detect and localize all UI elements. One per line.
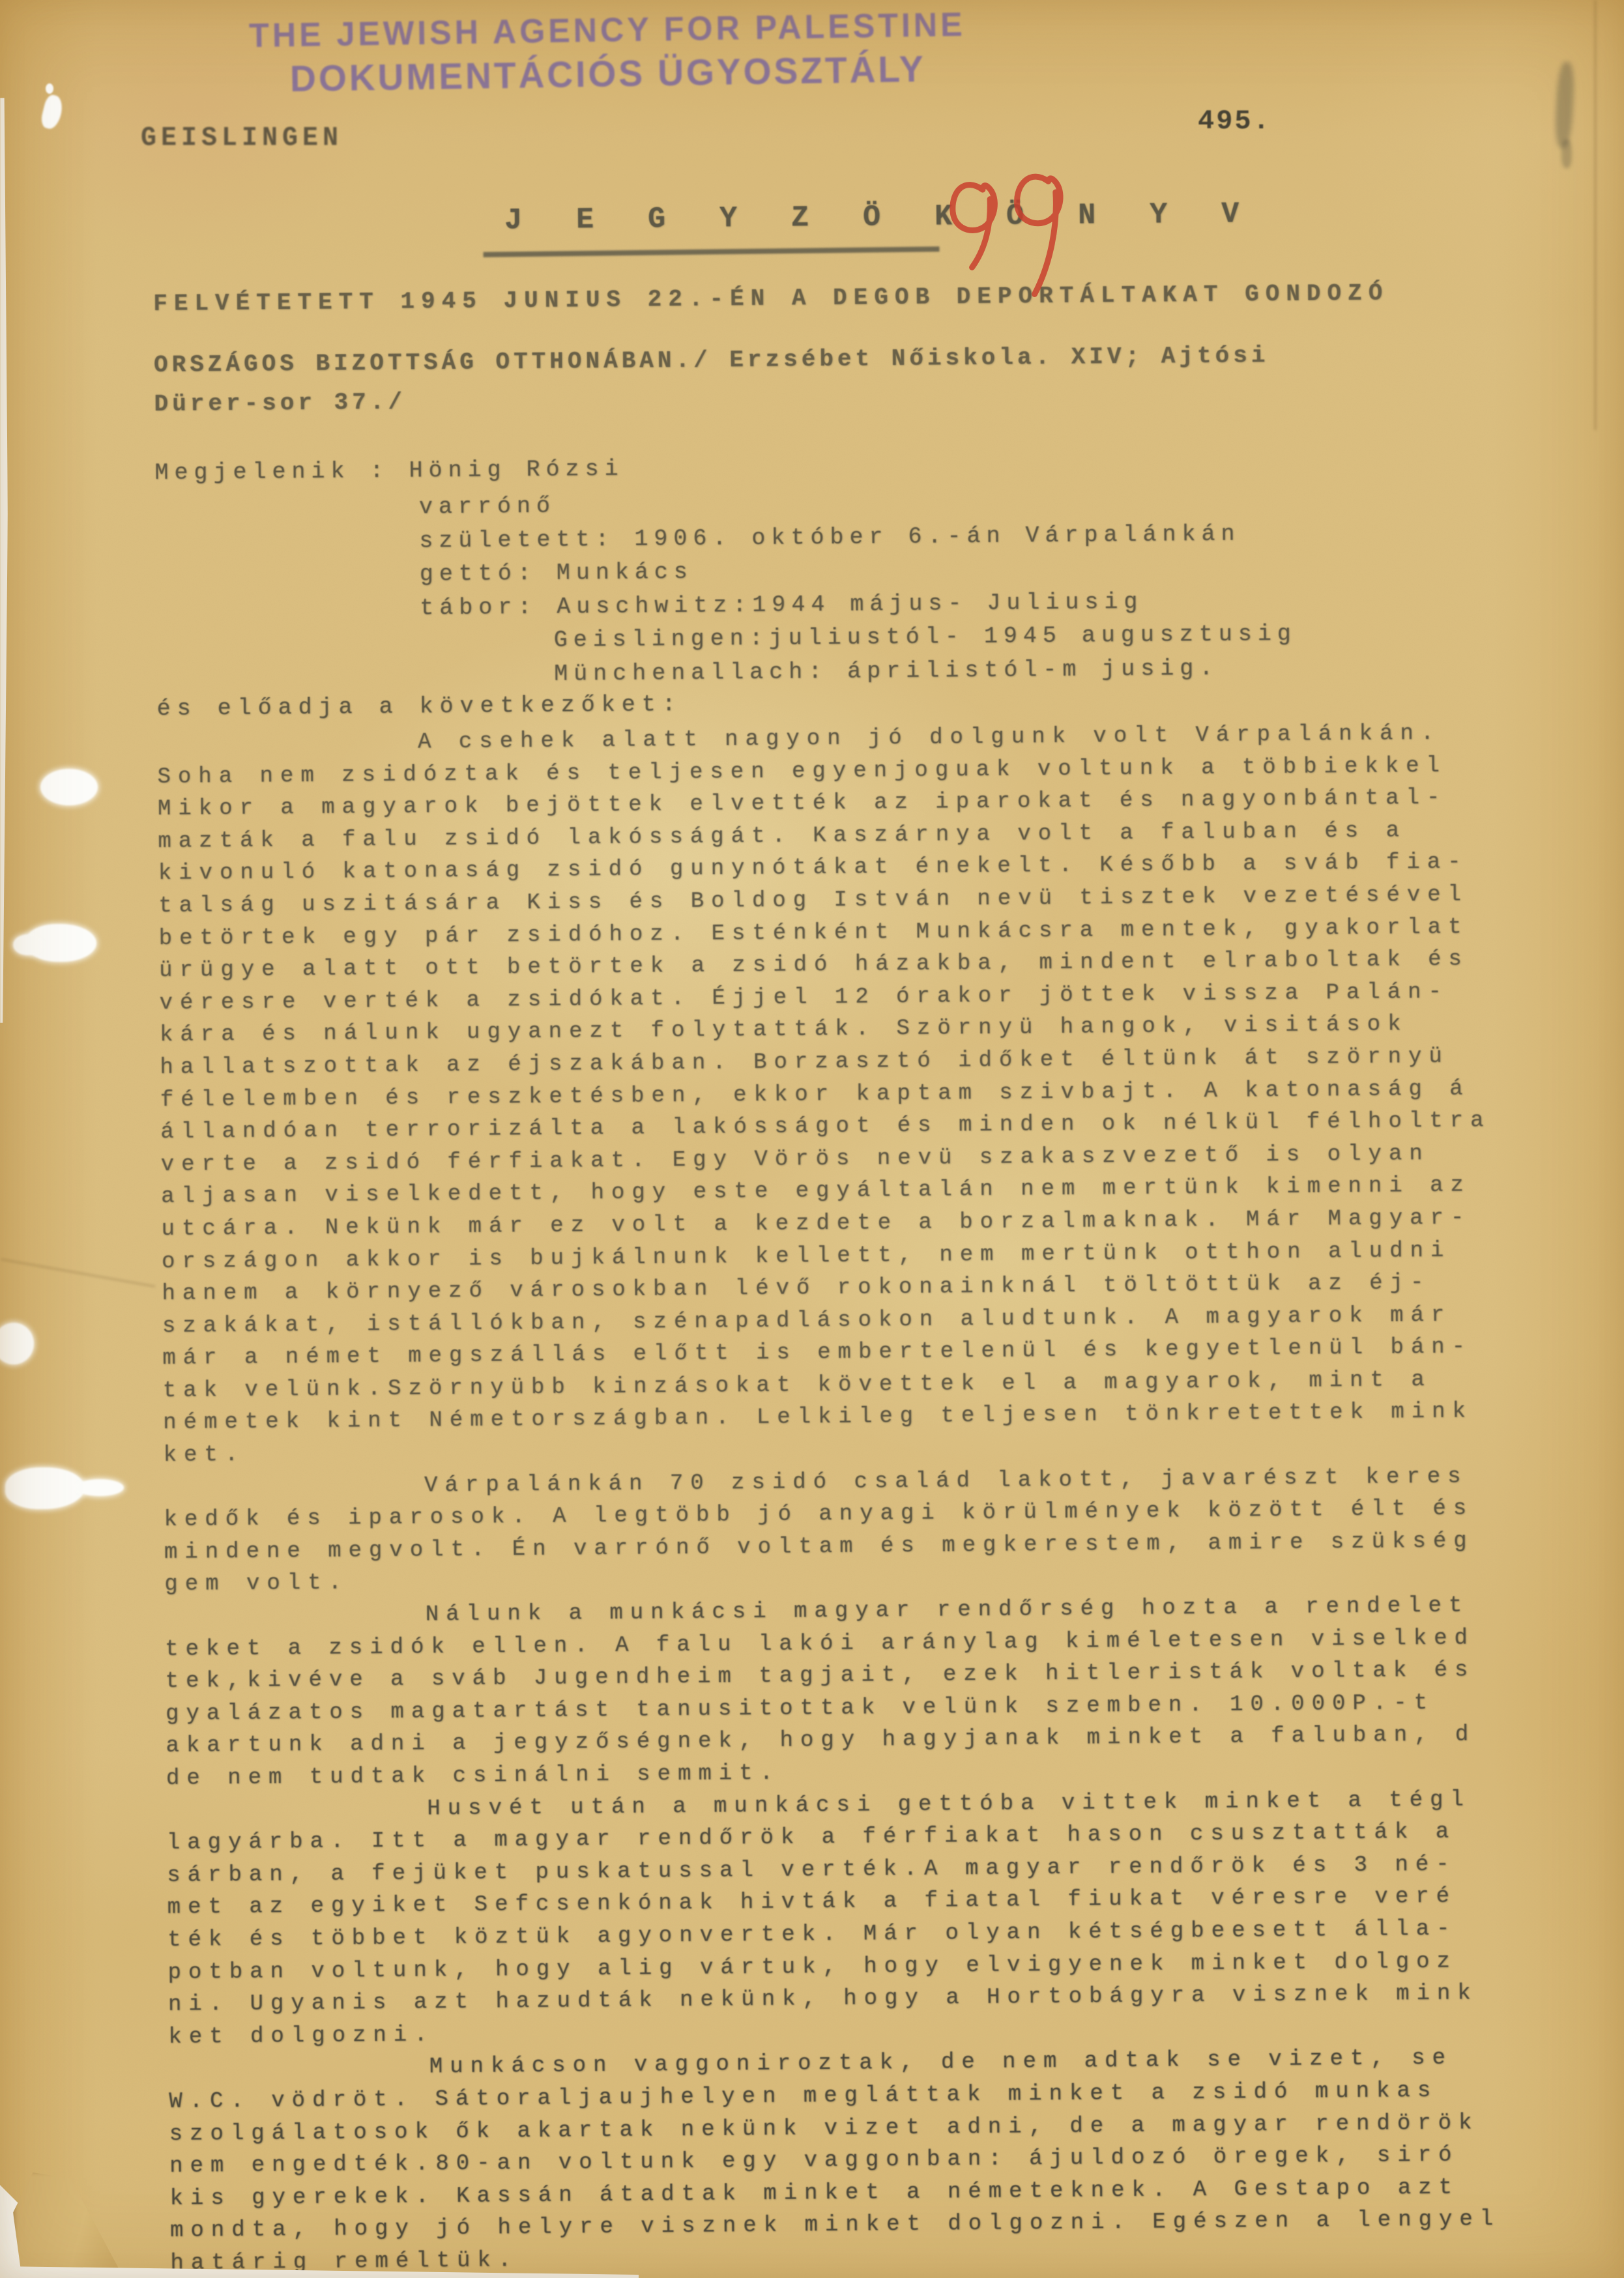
paper-tear-top-left [46, 83, 53, 94]
handwritten-number-99 [936, 156, 1100, 321]
intro-line-1: FELVÉTETETT 1945 JUNIUS 22.-ÉN A DEGOB D… [153, 280, 1389, 317]
testimony-paragraph: Nálunk a munkácsi magyar rendőrség hozta… [165, 1590, 1509, 1796]
title-underline [484, 246, 940, 257]
document-title: J E G Y Z Ö K Ö N Y V [504, 197, 1257, 237]
witness-label: Megjelenik : [154, 458, 389, 486]
punch-hole-tear [13, 934, 42, 955]
testimony-paragraph: A csehek alatt nagyon jó dolgunk volt Vá… [157, 717, 1506, 1473]
witness-details-camps: Geislingen:juliustól- 1945 augusztusig M… [554, 618, 1298, 691]
intro-line-2: ORSZÁGOS BIZOTTSÁG OTTHONÁBAN./ Erzsébet… [154, 342, 1269, 379]
ink-smudge [1561, 139, 1572, 168]
testimony-body: A csehek alatt nagyon jó dolgunk volt Vá… [157, 717, 1513, 2278]
witness-details: varrónő született: 1906. október 6.-án V… [419, 483, 1241, 625]
document-page: THE JEWISH AGENCY FOR PALESTINE DOKUMENT… [0, 0, 1624, 2278]
punch-hole-tear [76, 1479, 124, 1496]
witness-line: Megjelenik : Hönig Rózsi [154, 456, 624, 486]
testimony-lead-in: és előadja a következőket: [156, 691, 682, 722]
punch-hole [40, 769, 98, 805]
paper-crease [1594, 0, 1597, 430]
testimony-paragraph: Várpalánkán 70 zsidó család lakott, java… [164, 1461, 1507, 1602]
intro-line-3: Dürer-sor 37./ [154, 389, 406, 418]
typed-content: J E G Y Z Ö K Ö N Y V FELVÉTETETT 1945 J… [0, 0, 1624, 2278]
testimony-paragraph: Husvét után a munkácsi gettóba vittek mi… [166, 1784, 1511, 2055]
witness-name: Hönig Rózsi [409, 456, 624, 484]
testimony-paragraph: Munkácson vaggoniroztak, de nem adtak se… [169, 2042, 1513, 2278]
